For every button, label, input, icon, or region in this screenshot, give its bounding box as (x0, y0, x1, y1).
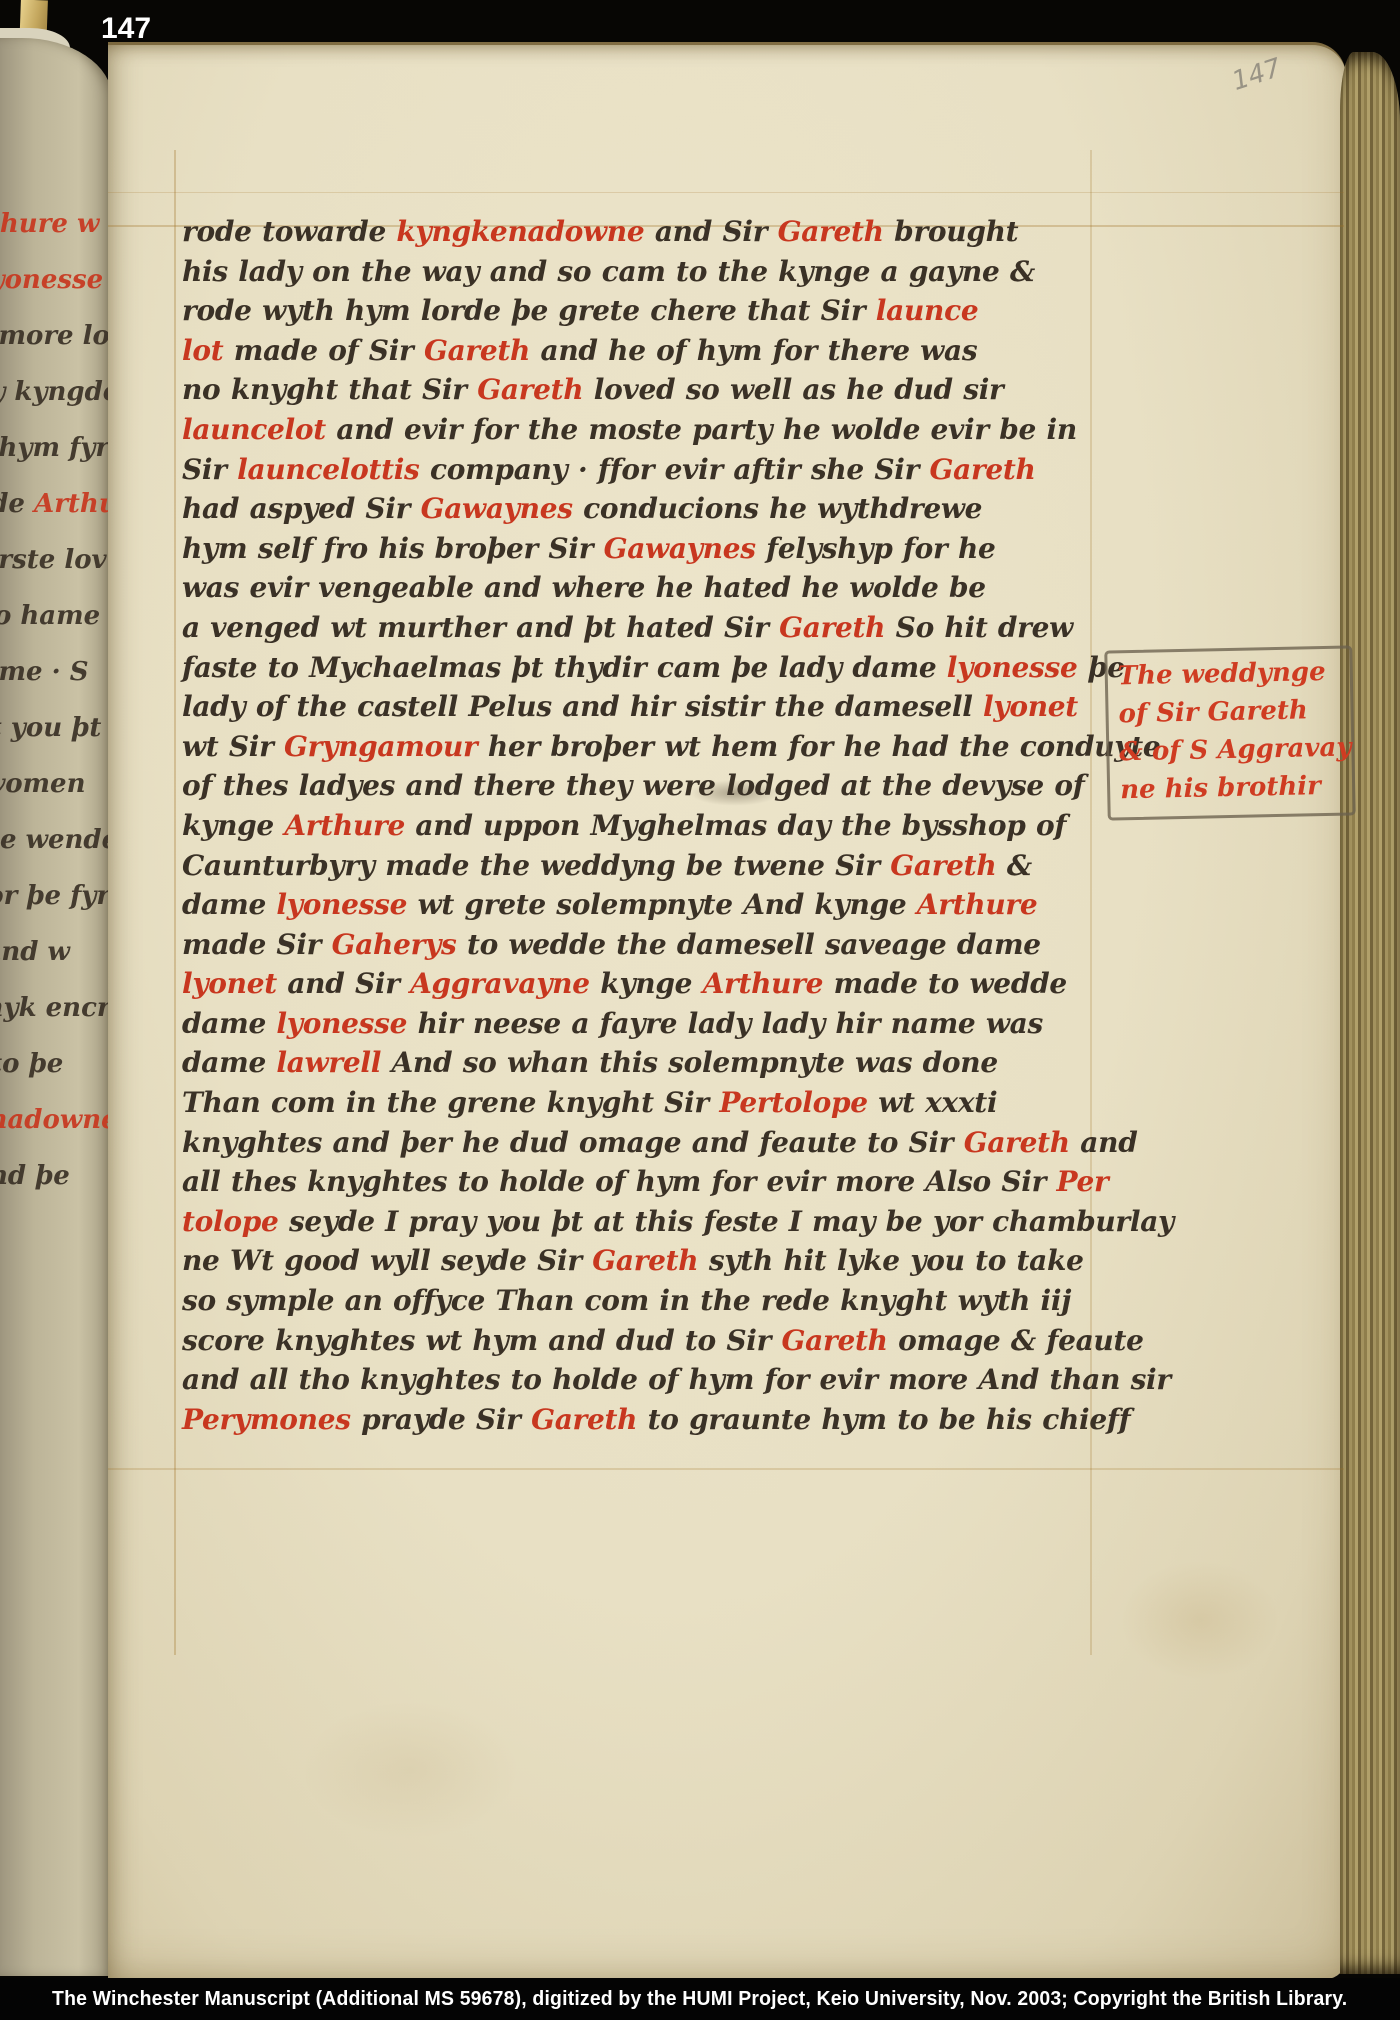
manuscript-line: tolope seyde I pray you þt at this feste… (182, 1202, 1094, 1242)
text-segment: Gawaynes (604, 532, 756, 565)
text-segment: Gareth (890, 849, 996, 882)
text-segment: ff nyk encr (0, 993, 111, 1023)
text-segment: omage & feaute (888, 1324, 1144, 1357)
text-segment: lawrell (276, 1046, 381, 1079)
text-segment: Gaherys (332, 928, 457, 961)
facing-page-fragment: S þe wende (0, 812, 112, 868)
text-segment: Arthure (284, 809, 405, 842)
manuscript-line: ne Wt good wyll seyde Sir Gareth syth hi… (182, 1241, 1094, 1281)
text-segment: lot (182, 334, 223, 367)
text-segment: seyde I pray you þt at this feste I may … (279, 1205, 1175, 1238)
manuscript-line: kynge Arthure and uppon Myghelmas day th… (182, 806, 1094, 846)
text-segment: brought (884, 215, 1019, 248)
text-segment: knyghtes and þer he dud omage and feaute… (182, 1126, 964, 1159)
text-segment: lyonet (182, 967, 277, 1000)
text-segment: ony kyngdo (0, 377, 112, 407)
facing-page-edge: Arthure we lyonessene more lovony kyngdo… (0, 38, 112, 1976)
manuscript-line: was evir vengeable and where he hated he… (182, 568, 1094, 608)
text-segment: Gareth (779, 611, 885, 644)
text-segment: hym self fro his broþer Sir (182, 532, 604, 565)
text-segment: made to wedde (823, 967, 1067, 1000)
text-segment: felyshyp for he (756, 532, 996, 565)
manuscript-line: rode towarde kyngkenadowne and Sir Garet… (182, 212, 1094, 252)
facing-page-fragment: d And w (0, 924, 112, 980)
text-segment: and evir for the moste party he wolde ev… (326, 413, 1077, 446)
manuscript-line: no knyght that Sir Gareth loved so well … (182, 370, 1094, 410)
text-segment: n to hame (0, 601, 100, 631)
text-segment: S þe wende (0, 825, 112, 855)
text-segment: lyonesse (947, 651, 1078, 684)
caption-bar: The Winchester Manuscript (Additional MS… (0, 1978, 1400, 2020)
text-segment: Perymones (182, 1403, 351, 1436)
text-segment: made of Sir (223, 334, 424, 367)
text-segment: Gryngamour (284, 730, 477, 763)
text-segment: And so whan this solempnyte was done (381, 1046, 998, 1079)
manuscript-line: so symple an offyce Than com in the rede… (182, 1281, 1094, 1321)
text-segment: Arthure (703, 967, 824, 1000)
text-segment: and Sir (277, 967, 410, 1000)
facing-page-fragment: e lyonesse (0, 252, 112, 308)
facing-page-fragment: onde Arthure (0, 476, 112, 532)
text-segment: her broþer wt hem for he had the conduyt… (477, 730, 1160, 763)
marginal-note-line: The weddynge (1117, 653, 1348, 696)
text-segment: Gareth (778, 215, 884, 248)
manuscript-line: made Sir Gaherys to wedde the damesell s… (182, 925, 1094, 965)
text-segment: t for þe fyrst (0, 881, 112, 911)
text-segment: launcelot (182, 413, 326, 446)
text-segment: no knyght that Sir (182, 373, 477, 406)
text-segment: all thes knyghtes to holde of hym for ev… (182, 1165, 1057, 1198)
text-segment: kyngkenadowne (396, 215, 644, 248)
facing-page-fragment: t for þe fyrst (0, 868, 112, 924)
text-segment: and uppon Myghelmas day the bysshop of (405, 809, 1066, 842)
manuscript-line: a venged wt murther and þt hated Sir Gar… (182, 608, 1094, 648)
text-segment: wt xxxti (868, 1086, 997, 1119)
text-segment: onde (0, 489, 34, 519)
text-segment: ne Wt good wyll seyde Sir (182, 1244, 592, 1277)
text-segment: prayde Sir (351, 1403, 531, 1436)
manuscript-line: launcelot and evir for the moste party h… (182, 410, 1094, 450)
text-segment: loved so well as he dud sir (583, 373, 1003, 406)
manuscript-line: lot made of Sir Gareth and he of hym for… (182, 331, 1094, 371)
manuscript-line: lyonet and Sir Aggravayne kynge Arthure … (182, 964, 1094, 1004)
manuscript-line: lady of the castell Pelus and hir sistir… (182, 687, 1094, 727)
text-segment: wt Sir (182, 730, 284, 763)
page-number-label: 147 (101, 12, 151, 46)
facing-page-fragment: Arthure w (0, 196, 112, 252)
facing-page-fragment: kenadowne (0, 1092, 112, 1148)
text-segment: Gareth (477, 373, 583, 406)
text-segment: a venged wt murther and þt hated Sir (182, 611, 779, 644)
facing-page-fragment: ony kyngdo (0, 364, 112, 420)
text-segment: ne hym fyr (0, 433, 109, 463)
text-segment: Arthure w (0, 209, 99, 239)
text-segment: kynge (590, 967, 703, 1000)
text-segment: Caunturbyry made the weddyng be twene Si… (182, 849, 890, 882)
facing-page-fragment: ne hym fyr (0, 420, 112, 476)
manuscript-line: his lady on the way and so cam to the ky… (182, 252, 1094, 292)
text-segment: Gareth (782, 1324, 888, 1357)
ruling-line-horizontal-upper (108, 192, 1344, 193)
text-segment: So hit drew (885, 611, 1073, 644)
text-segment: rode towarde (182, 215, 396, 248)
text-segment: and Sir (644, 215, 777, 248)
text-segment: Gareth (930, 453, 1036, 486)
text-segment: · fyrste lov (0, 545, 107, 575)
manuscript-line: score knyghtes wt hym and dud to Sir Gar… (182, 1321, 1094, 1361)
caption-text: The Winchester Manuscript (Additional MS… (52, 1988, 1347, 2011)
text-segment: score knyghtes wt hym and dud to Sir (182, 1324, 782, 1357)
text-segment: his lady on the way and so cam to the ky… (182, 255, 1035, 288)
text-segment: launce (876, 294, 979, 327)
text-segment: lyonet (983, 690, 1078, 723)
text-segment: wt grete solempnyte And kynge (407, 888, 917, 921)
manuscript-line: Caunturbyry made the weddyng be twene Si… (182, 846, 1094, 886)
text-segment: company · ffor evir aftir she Sir (420, 453, 930, 486)
text-segment: and he of hym for there was (530, 334, 977, 367)
manuscript-line: all thes knyghtes to holde of hym for ev… (182, 1162, 1094, 1202)
facing-page-fragment: nat you þt (0, 700, 112, 756)
manuscript-line: Sir launcelottis company · ffor evir aft… (182, 450, 1094, 490)
text-segment: to graunte hym to be his chieff (637, 1403, 1130, 1436)
manuscript-line: dame lawrell And so whan this solempnyte… (182, 1043, 1094, 1083)
ruling-line-horizontal-bottom (108, 1468, 1344, 1470)
manuscript-line: of thes ladyes and there they were lodge… (182, 766, 1094, 806)
ruling-line-vertical-left (174, 150, 176, 1655)
manuscript-line: hym self fro his broþer Sir Gawaynes fel… (182, 529, 1094, 569)
text-segment: dame (182, 1046, 276, 1079)
text-segment: ll women (0, 769, 86, 799)
text-segment: kynge (182, 809, 284, 842)
text-segment: had aspyed Sir (182, 492, 421, 525)
text-segment: d And w (0, 937, 70, 967)
manuscript-line: had aspyed Sir Gawaynes conducions he wy… (182, 489, 1094, 529)
marginal-note-line: & of S Aggravay (1119, 729, 1350, 772)
facing-page-fragment: ne me · S (0, 644, 112, 700)
text-segment: so symple an offyce Than com in the rede… (182, 1284, 1071, 1317)
marginal-note-box: The weddyngeof Sir Gareth& of S Aggravay… (1104, 645, 1356, 820)
text-segment: kenadowne (0, 1105, 112, 1135)
facing-page-fragment: ll women (0, 756, 112, 812)
marginal-note-line: of Sir Gareth (1118, 691, 1349, 734)
manuscript-line: rode wyth hym lorde þe grete chere that … (182, 291, 1094, 331)
text-segment: ne more lov (0, 321, 112, 351)
text-segment: Arthure (917, 888, 1038, 921)
text-segment: Gareth (424, 334, 530, 367)
manuscript-line: and all tho knyghtes to holde of hym for… (182, 1360, 1094, 1400)
text-segment: conducions he wythdrewe (573, 492, 982, 525)
text-segment: & (996, 849, 1031, 882)
text-segment: dame (182, 1007, 276, 1040)
text-segment: to wedde the damesell saveage dame (457, 928, 1041, 961)
digitized-manuscript-scan: 147 Arthure we lyonessene more lovony ky… (0, 0, 1400, 2020)
text-segment: and all tho knyghtes to holde of hym for… (182, 1363, 1171, 1396)
text-segment: launcelottis (237, 453, 419, 486)
text-segment: lyonesse (276, 1007, 407, 1040)
page-stack-fore-edge (1340, 52, 1400, 1974)
text-segment: Aggravayne (410, 967, 590, 1000)
text-segment: syth hit lyke you to take (698, 1244, 1083, 1277)
manuscript-line: Perymones prayde Sir Gareth to graunte h… (182, 1400, 1094, 1440)
text-segment: Pertolope (719, 1086, 867, 1119)
manuscript-line: dame lyonesse wt grete solempnyte And ky… (182, 885, 1094, 925)
facing-page-text: Arthure we lyonessene more lovony kyngdo… (0, 196, 112, 1204)
text-segment: Gawaynes (421, 492, 573, 525)
text-segment: hir neese a fayre lady lady hir name was (407, 1007, 1043, 1040)
facing-page-fragment: · and þe (0, 1148, 112, 1204)
text-segment: lyonesse (276, 888, 407, 921)
manuscript-line: dame lyonesse hir neese a fayre lady lad… (182, 1004, 1094, 1044)
text-segment: and (1070, 1126, 1138, 1159)
text-segment: was evir vengeable and where he hated he… (182, 571, 986, 604)
text-segment: ne me · S (0, 657, 88, 687)
text-segment: Gareth (531, 1403, 637, 1436)
text-segment: Gareth (592, 1244, 698, 1277)
text-segment: lady of the castell Pelus and hir sistir… (182, 690, 983, 723)
text-segment: nat you þt (0, 713, 101, 743)
text-segment: rode wyth hym lorde þe grete chere that … (182, 294, 876, 327)
manuscript-line: knyghtes and þer he dud omage and feaute… (182, 1123, 1094, 1163)
facing-page-fragment: ne more lov (0, 308, 112, 364)
facing-page-fragment: ff nyk encr (0, 980, 112, 1036)
text-segment: e lyonesse (0, 265, 103, 295)
facing-page-fragment: yt to þe (0, 1036, 112, 1092)
text-segment: Per (1057, 1165, 1109, 1198)
manuscript-line: Than com in the grene knyght Sir Pertolo… (182, 1083, 1094, 1123)
text-segment: dame (182, 888, 276, 921)
text-segment: of thes ladyes and there they were lodge… (182, 769, 1085, 802)
text-segment: Arthure (34, 489, 112, 519)
text-segment: Sir (182, 453, 237, 486)
text-segment: · and þe (0, 1161, 70, 1191)
facing-page-fragment: · fyrste lov (0, 532, 112, 588)
facing-page-fragment: n to hame (0, 588, 112, 644)
manuscript-line: wt Sir Gryngamour her broþer wt hem for … (182, 727, 1094, 767)
text-segment: tolope (182, 1205, 279, 1238)
text-segment: Gareth (964, 1126, 1070, 1159)
manuscript-text: rode towarde kyngkenadowne and Sir Garet… (182, 212, 1094, 1439)
text-segment: Than com in the grene knyght Sir (182, 1086, 719, 1119)
text-segment: faste to Mychaelmas þt thydir cam þe lad… (182, 651, 947, 684)
manuscript-line: faste to Mychaelmas þt thydir cam þe lad… (182, 648, 1094, 688)
text-segment: made Sir (182, 928, 332, 961)
marginal-note-line: ne his brothir (1120, 766, 1351, 809)
text-segment: yt to þe (0, 1049, 63, 1079)
